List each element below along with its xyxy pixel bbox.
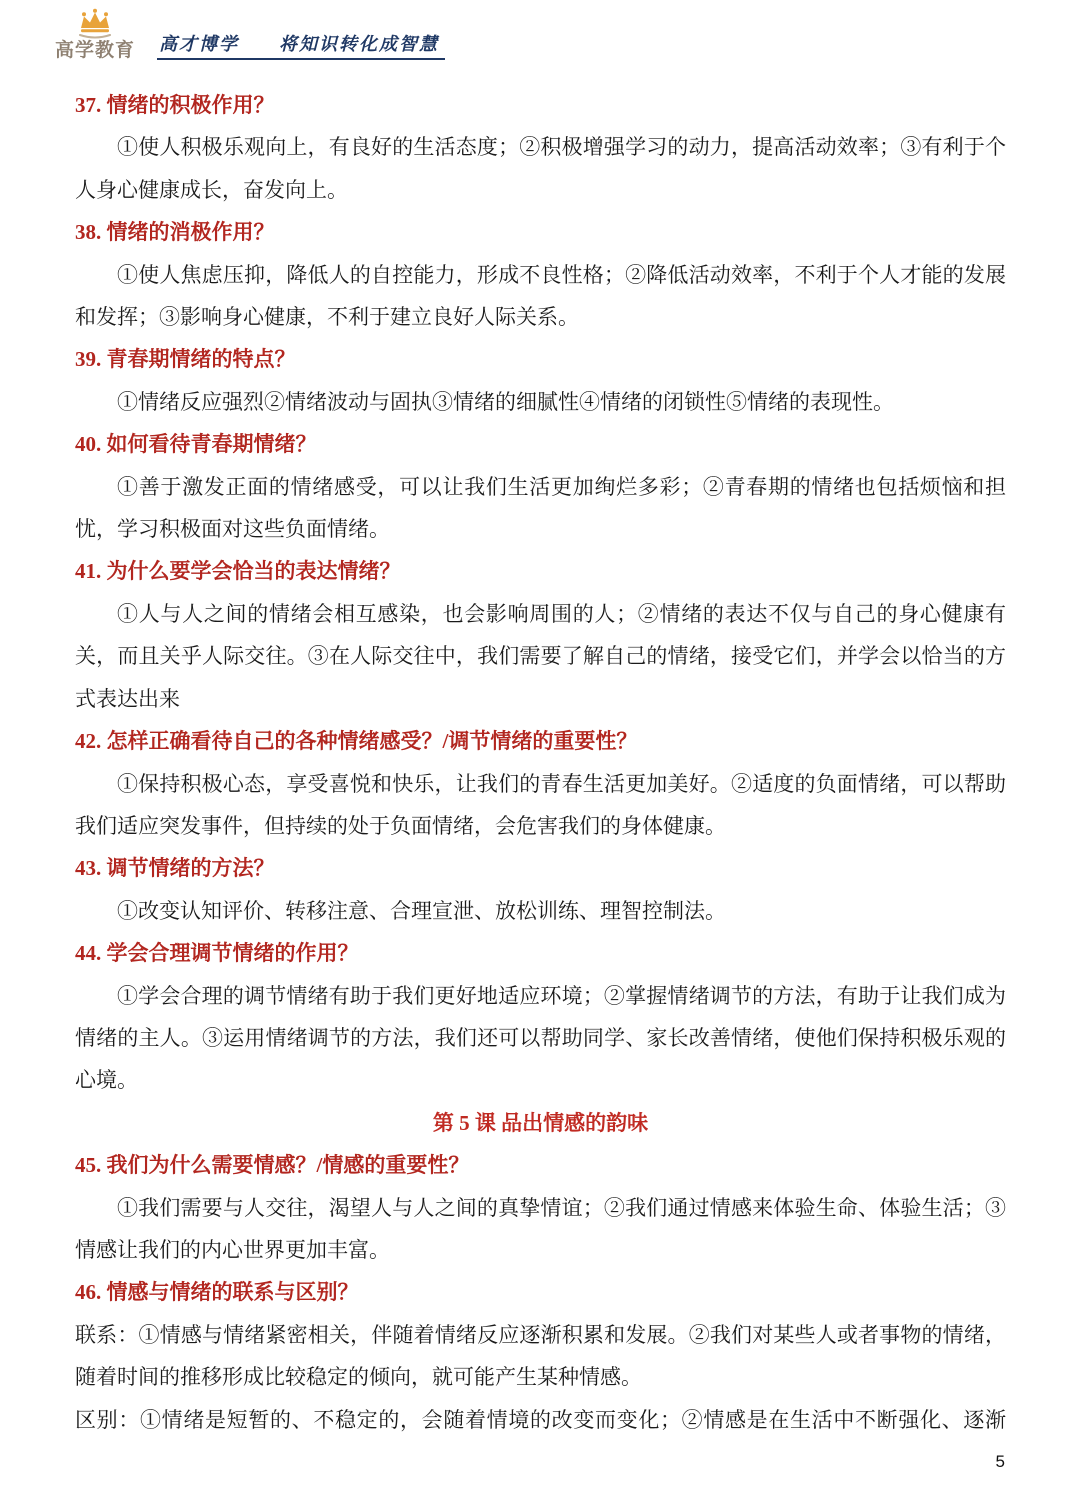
answer-paragraph: ①保持积极心态，享受喜悦和快乐，让我们的青春生活更加美好。②适度的负面情绪，可以… — [75, 763, 1006, 848]
answer-paragraph: 区别：①情绪是短暂的、不稳定的，会随着情境的改变而变化；②情感是在生活中不断强化… — [75, 1399, 1006, 1441]
question-heading: 42. 怎样正确看待自己的各种情绪感受？/调节情绪的重要性？ — [75, 720, 1006, 762]
brand-logo: 高学教育 — [55, 8, 135, 61]
brand-name: 高学教育 — [55, 41, 135, 61]
answer-paragraph: ①改变认知评价、转移注意、合理宣泄、放松训练、理智控制法。 — [75, 890, 1006, 932]
answer-paragraph: 联系：①情感与情绪紧密相关，伴随着情绪反应逐渐积累和发展。②我们对某些人或者事物… — [75, 1314, 1006, 1399]
brand-slogan: 高才博学 将知识转化成智慧 — [157, 33, 445, 60]
answer-paragraph: ①使人积极乐观向上，有良好的生活态度；②积极增强学习的动力，提高活动效率；③有利… — [75, 126, 1006, 211]
question-heading: 38. 情绪的消极作用？ — [75, 211, 1006, 253]
answer-paragraph: ①善于激发正面的情绪感受，可以让我们生活更加绚烂多彩；②青春期的情绪也包括烦恼和… — [75, 466, 1006, 551]
question-heading: 43. 调节情绪的方法？ — [75, 847, 1006, 889]
question-heading: 46. 情感与情绪的联系与区别？ — [75, 1271, 1006, 1313]
lesson-title: 第 5 课 品出情感的韵味 — [75, 1102, 1006, 1144]
question-heading: 37. 情绪的积极作用？ — [75, 84, 1006, 126]
document-page: 高学教育 高才博学 将知识转化成智慧 37. 情绪的积极作用？①使人积极乐观向上… — [0, 0, 1080, 1506]
page-header: 高学教育 高才博学 将知识转化成智慧 — [55, 8, 445, 61]
answer-paragraph: ①学会合理的调节情绪有助于我们更好地适应环境；②掌握情绪调节的方法，有助于让我们… — [75, 975, 1006, 1102]
question-heading: 45. 我们为什么需要情感？/情感的重要性？ — [75, 1144, 1006, 1186]
answer-paragraph: ①我们需要与人交往，渴望人与人之间的真挚情谊；②我们通过情感来体验生命、体验生活… — [75, 1187, 1006, 1272]
question-heading: 41. 为什么要学会恰当的表达情绪？ — [75, 550, 1006, 592]
crown-icon — [76, 8, 114, 40]
answer-paragraph: ①使人焦虑压抑，降低人的自控能力，形成不良性格；②降低活动效率，不利于个人才能的… — [75, 254, 1006, 339]
document-body: 37. 情绪的积极作用？①使人积极乐观向上，有良好的生活态度；②积极增强学习的动… — [75, 84, 1006, 1441]
page-number: 5 — [996, 1452, 1005, 1472]
answer-paragraph: ①情绪反应强烈②情绪波动与固执③情绪的细腻性④情绪的闭锁性⑤情绪的表现性。 — [75, 381, 1006, 423]
question-heading: 39. 青春期情绪的特点？ — [75, 338, 1006, 380]
question-heading: 44. 学会合理调节情绪的作用？ — [75, 932, 1006, 974]
answer-paragraph: ①人与人之间的情绪会相互感染，也会影响周围的人；②情绪的表达不仅与自己的身心健康… — [75, 593, 1006, 720]
question-heading: 40. 如何看待青春期情绪？ — [75, 423, 1006, 465]
